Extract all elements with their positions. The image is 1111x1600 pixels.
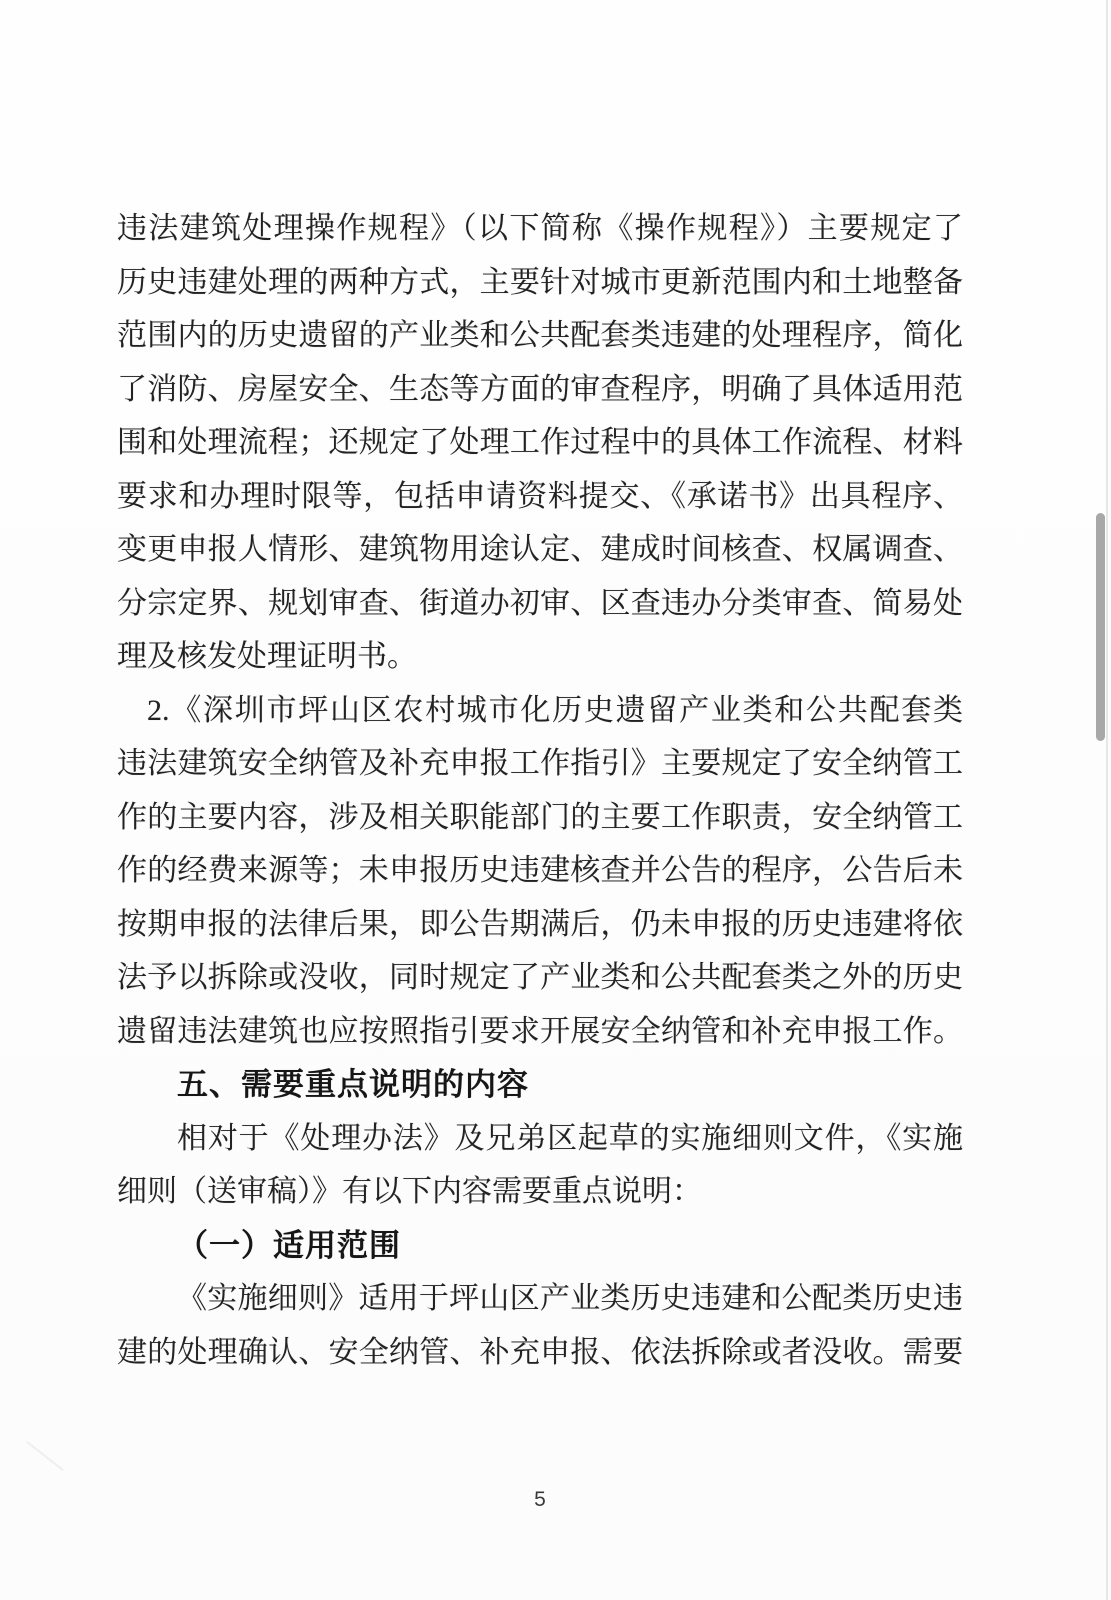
body-line: 违法建筑处理操作规程》（以下简称《操作规程》）主要规定了 xyxy=(117,202,963,256)
body-line: 作的主要内容，涉及相关职能部门的主要工作职责，安全纳管工 xyxy=(117,791,963,845)
body-line: 围和处理流程；还规定了处理工作过程中的具体工作流程、材料 xyxy=(117,416,963,470)
body-line: 遗留违法建筑也应按照指引要求开展安全纳管和补充申报工作。 xyxy=(117,1005,963,1059)
body-line: 违法建筑安全纳管及补充申报工作指引》主要规定了安全纳管工 xyxy=(117,737,963,791)
body-line: 了消防、房屋安全、生态等方面的审查程序，明确了具体适用范 xyxy=(117,363,963,417)
body-line: 按期申报的法律后果，即公告期满后，仍未申报的历史违建将依 xyxy=(117,898,963,952)
page-number: 5 xyxy=(0,1488,1080,1512)
body-line: 作的经费来源等；未申报历史违建核查并公告的程序，公告后未 xyxy=(117,844,963,898)
body-line: 建的处理确认、安全纳管、补充申报、依法拆除或者没收。需要 xyxy=(117,1326,963,1380)
scan-artifact xyxy=(26,1441,63,1471)
body-line: 法予以拆除或没收，同时规定了产业类和公共配套类之外的历史 xyxy=(117,951,963,1005)
body-line: 细则（送审稿）》有以下内容需要重点说明： xyxy=(117,1165,963,1219)
paragraph-start-line: 相对于《处理办法》及兄弟区起草的实施细则文件，《实施 xyxy=(117,1112,963,1166)
subsection-heading: （一）适用范围 xyxy=(117,1219,963,1273)
body-line: 要求和办理时限等，包括申请资料提交、《承诺书》出具程序、 xyxy=(117,470,963,524)
body-line: 历史违建处理的两种方式，主要针对城市更新范围内和土地整备 xyxy=(117,256,963,310)
body-line: 变更申报人情形、建筑物用途认定、建成时间核查、权属调查、 xyxy=(117,523,963,577)
body-line: 范围内的历史遗留的产业类和公共配套类违建的处理程序，简化 xyxy=(117,309,963,363)
body-line: 理及核发处理证明书。 xyxy=(117,630,963,684)
body-line: 分宗定界、规划审查、街道办初审、区查违办分类审查、简易处 xyxy=(117,577,963,631)
paragraph-start-line: 《实施细则》适用于坪山区产业类历史违建和公配类历史违 xyxy=(117,1272,963,1326)
section-heading: 五、需要重点说明的内容 xyxy=(117,1058,963,1112)
document-body: 违法建筑处理操作规程》（以下简称《操作规程》）主要规定了 历史违建处理的两种方式… xyxy=(117,202,963,1379)
scrollbar-track[interactable] xyxy=(1094,0,1107,1600)
document-page: 违法建筑处理操作规程》（以下简称《操作规程》）主要规定了 历史违建处理的两种方式… xyxy=(0,0,1111,1600)
paragraph-start-line: 2.《深圳市坪山区农村城市化历史遗留产业类和公共配套类 xyxy=(117,684,963,738)
scrollbar-thumb[interactable] xyxy=(1096,513,1105,741)
